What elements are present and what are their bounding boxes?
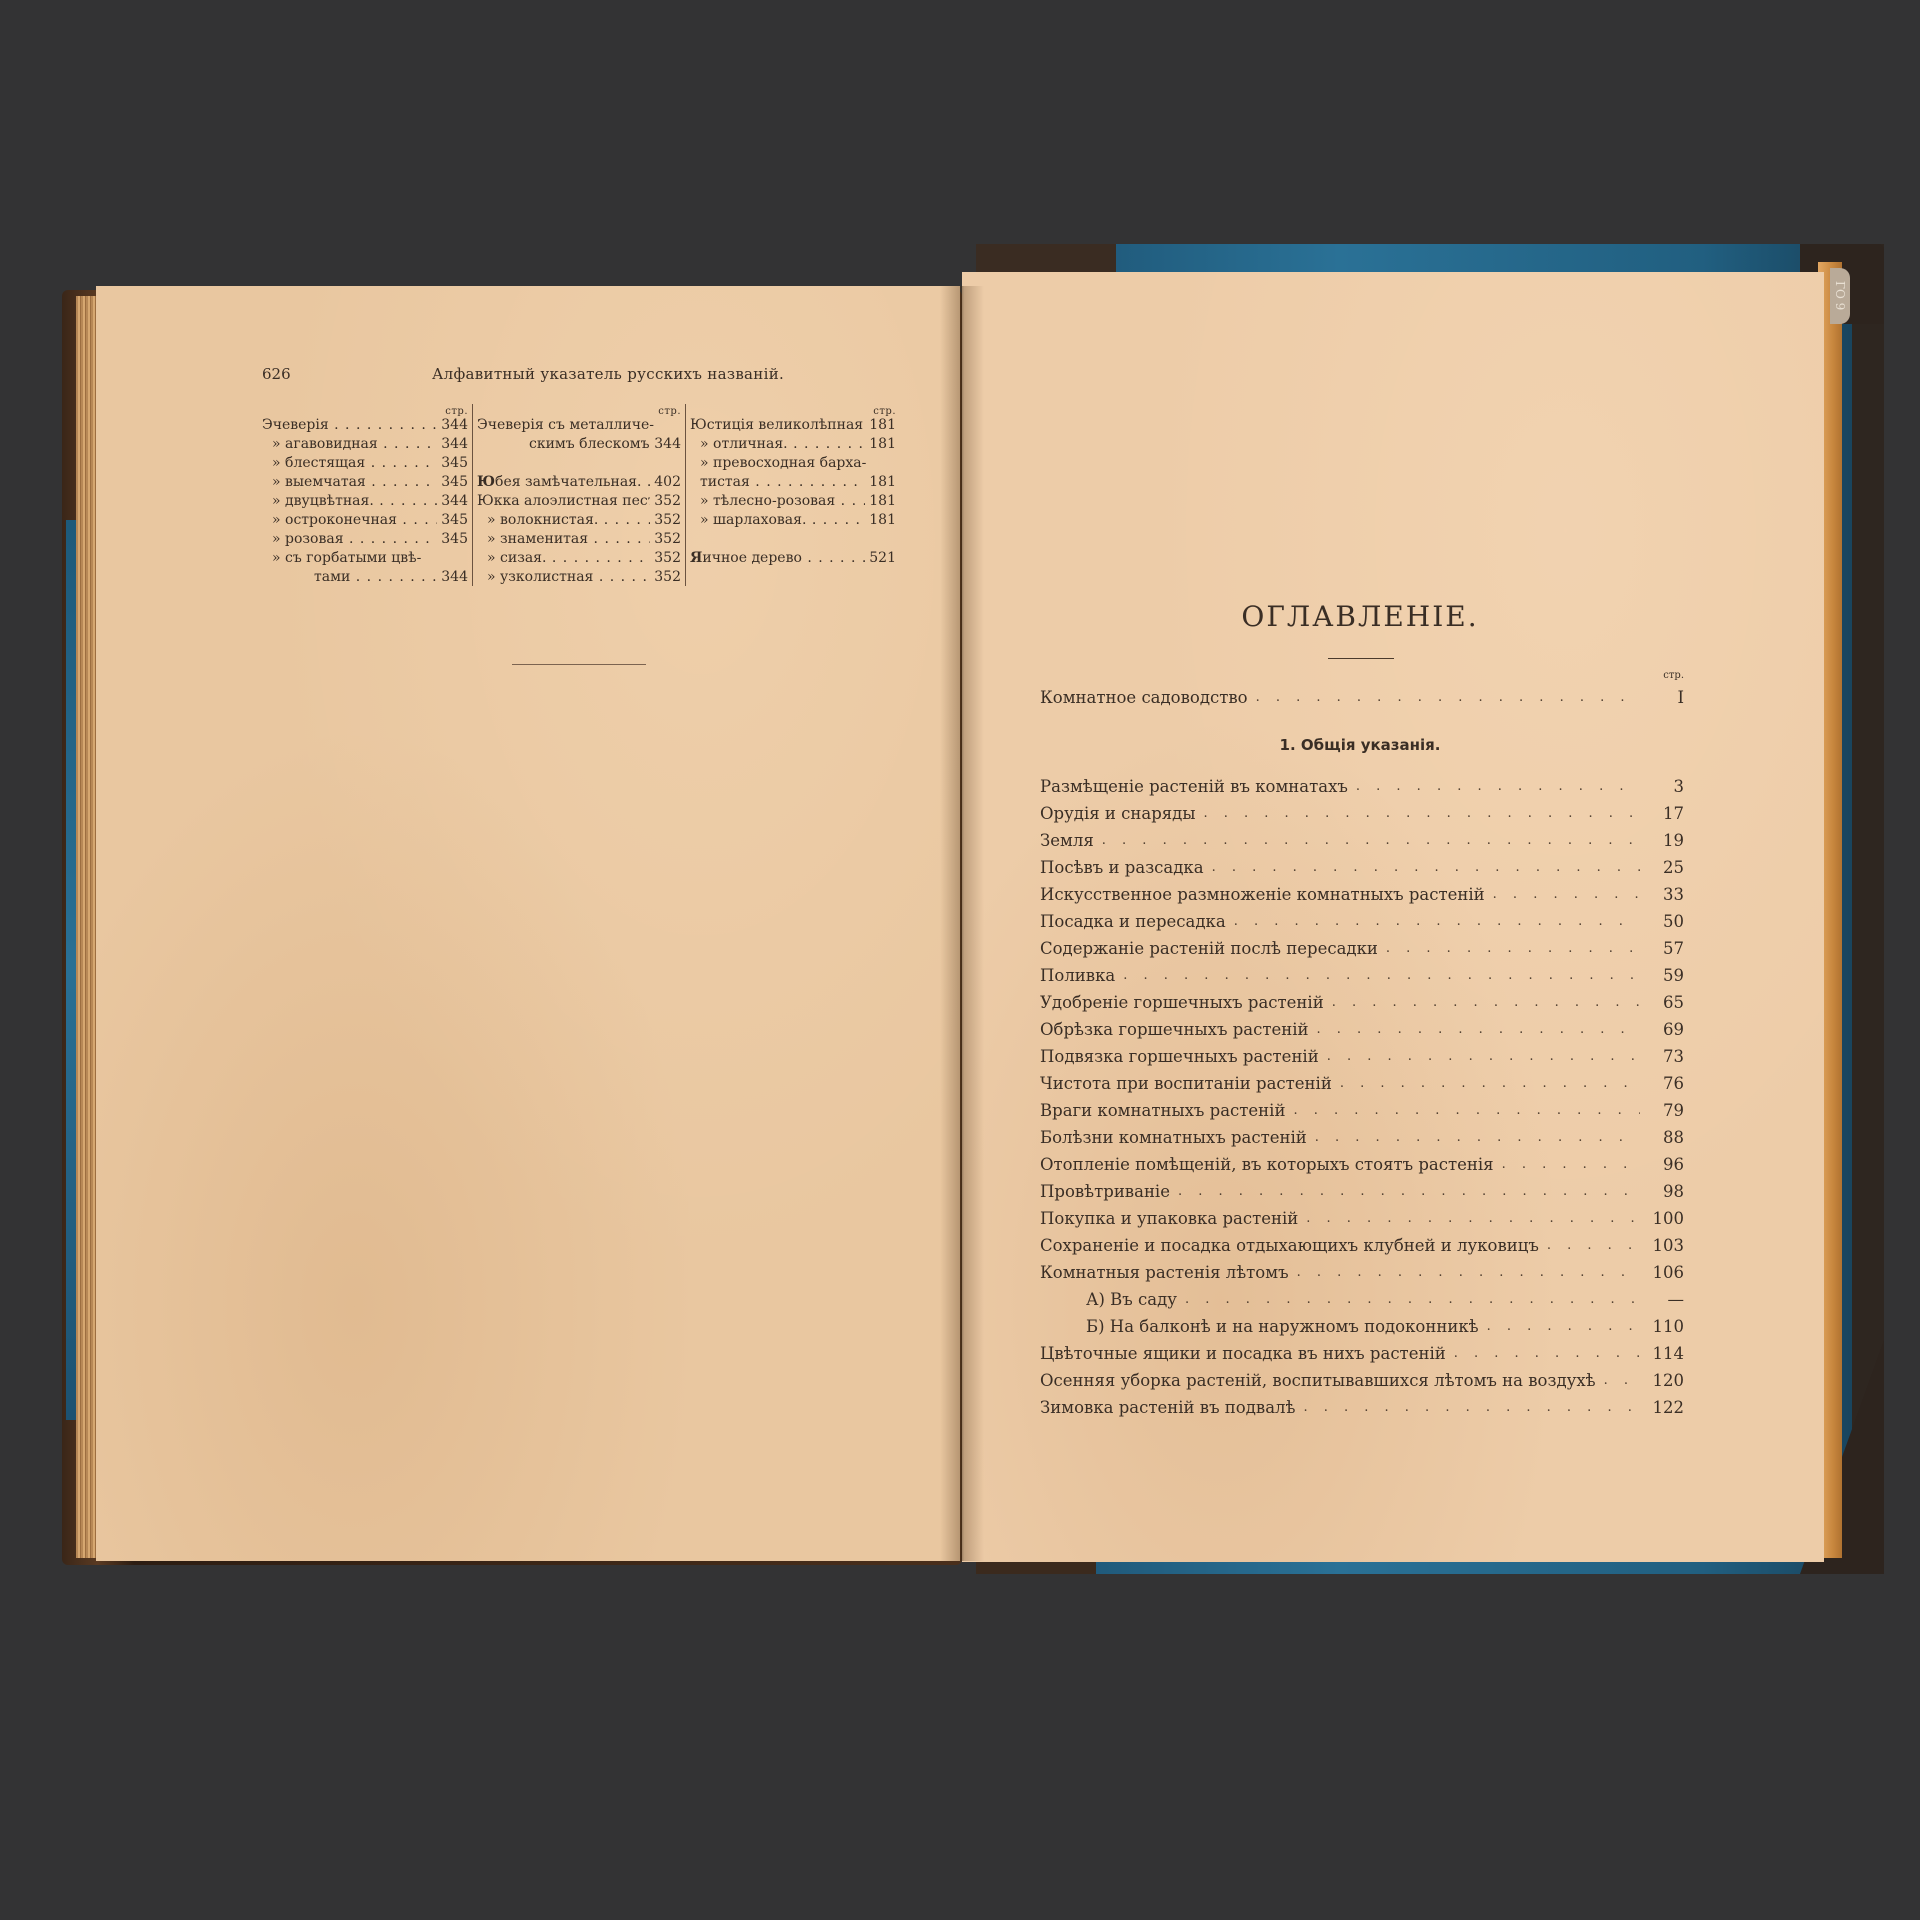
leader-dots [1123, 968, 1640, 983]
toc-row: Подвязка горшечныхъ растеній73 [1040, 1043, 1684, 1070]
index-entry-page: 344 [437, 568, 468, 587]
index-entry-page: 352 [650, 511, 681, 530]
index-entry-name: скимъ блескомъ [477, 435, 650, 454]
toc-row: Чистота при воспитаніи растеній76 [1040, 1070, 1684, 1097]
toc-entry-title: Комнатное садоводство [1040, 688, 1248, 707]
index-column-3: стр. Юстиція великолѣпная181» отличная.1… [690, 402, 896, 568]
toc-entry-page: 100 [1648, 1209, 1684, 1228]
page-number: 626 [262, 365, 291, 383]
toc-intro: Комнатное садоводство I [1040, 684, 1684, 711]
toc-entry-page: 50 [1648, 912, 1684, 931]
index-entry-page: 181 [865, 473, 896, 492]
toc-entry-title: Цвѣточные ящики и посадка въ нихъ растен… [1040, 1344, 1446, 1363]
index-entry-name: Юкка алоэлистная пестрая [477, 492, 650, 511]
index-entry: » двуцвѣтная.344 [262, 492, 468, 511]
toc-entry-page: 103 [1648, 1236, 1684, 1255]
index-entry: » блестящая345 [262, 454, 468, 473]
leader-dots [1386, 941, 1640, 956]
toc-entry-title: Осенняя уборка растеній, воспитывавшихся… [1040, 1371, 1596, 1390]
index-entry-page: 352 [650, 549, 681, 568]
toc-entry-page: 98 [1648, 1182, 1684, 1201]
leader-dots [1203, 806, 1640, 821]
toc-entry-title: Посѣвъ и разсадка [1040, 858, 1204, 877]
toc-row: Размѣщеніе растеній въ комнатахъ3 [1040, 773, 1684, 800]
index-entry-page: 181 [865, 511, 896, 530]
index-entry-name: » узколистная [477, 568, 650, 587]
leather-top-edge [976, 244, 1116, 274]
index-entry: » выемчатая345 [262, 473, 468, 492]
toc-entry-page: 69 [1648, 1020, 1684, 1039]
toc-title: ОГЛАВЛЕНІЕ. [1100, 600, 1620, 633]
index-entry-name: » блестящая [262, 454, 437, 473]
toc-entry-page: 122 [1648, 1398, 1684, 1417]
column-divider [472, 404, 473, 586]
toc-row: Болѣзни комнатныхъ растеній88 [1040, 1124, 1684, 1151]
index-entry-name: » знаменитая [477, 530, 650, 549]
toc-entry-page: 57 [1648, 939, 1684, 958]
index-entry: » тѣлесно-розовая181 [690, 492, 896, 511]
index-entry-name: » розовая [262, 530, 437, 549]
index-entry-name: » агавовидная [262, 435, 437, 454]
toc-entry-page: 96 [1648, 1155, 1684, 1174]
index-entry: » отличная.181 [690, 435, 896, 454]
toc-row: Б) На балконѣ и на наружномъ подоконникѣ… [1040, 1313, 1684, 1340]
index-entry: » розовая345 [262, 530, 468, 549]
toc-entry-title: Обрѣзка горшечныхъ растеній [1040, 1020, 1309, 1039]
index-entry-name: » двуцвѣтная. [262, 492, 437, 511]
blank-line [477, 454, 681, 473]
index-entry-page: 352 [650, 530, 681, 549]
leader-dots [1185, 1292, 1640, 1307]
index-entry: » шарлаховая.181 [690, 511, 896, 530]
left-page-block-edge [76, 296, 98, 1558]
index-entry-page: 345 [437, 454, 468, 473]
leader-dots [1315, 1130, 1640, 1145]
index-entry: » агавовидная344 [262, 435, 468, 454]
leader-dots [1340, 1076, 1640, 1091]
toc-entry-title: Земля [1040, 831, 1094, 850]
toc-entry-title: А) Въ саду [1086, 1290, 1177, 1309]
toc-entry-title: Сохраненіе и посадка отдыхающихъ клубней… [1040, 1236, 1539, 1255]
toc-entry-title: Зимовка растеній въ подвалѣ [1040, 1398, 1295, 1417]
toc-row: Зимовка растеній въ подвалѣ122 [1040, 1394, 1684, 1421]
toc-row: Посѣвъ и разсадка25 [1040, 854, 1684, 881]
toc-entry-page: 73 [1648, 1047, 1684, 1066]
leader-dots [1297, 1265, 1640, 1280]
index-entry-page: 521 [865, 549, 896, 568]
leader-dots [1493, 887, 1640, 902]
toc-entry-title: Чистота при воспитаніи растеній [1040, 1074, 1332, 1093]
toc-entry-page: 79 [1648, 1101, 1684, 1120]
toc-entry-page: I [1648, 688, 1684, 707]
index-entry-name: » тѣлесно-розовая [690, 492, 865, 511]
leader-dots [1178, 1184, 1640, 1199]
index-entry-name: Юстиція великолѣпная [690, 416, 865, 435]
index-entry: Юбея замѣчательная.402 [477, 473, 681, 492]
toc-row: Комнатное садоводство I [1040, 684, 1684, 711]
column-divider [685, 404, 686, 586]
toc-entry-title: Отопленіе помѣщеній, въ которыхъ стоятъ … [1040, 1155, 1494, 1174]
index-entry: Яичное дерево521 [690, 549, 896, 568]
toc-entry-title: Провѣтриваніе [1040, 1182, 1170, 1201]
toc-entry-title: Болѣзни комнатныхъ растеній [1040, 1128, 1307, 1147]
index-entry-page: 344 [650, 435, 681, 454]
leader-dots [1234, 914, 1640, 929]
leader-dots [1487, 1319, 1640, 1334]
toc-row: Искусственное размноженіе комнатныхъ рас… [1040, 881, 1684, 908]
index-entry-page: 352 [650, 492, 681, 511]
index-entry: скимъ блескомъ344 [477, 435, 681, 454]
leader-dots [1332, 995, 1640, 1010]
open-book: ГО 9 626 Алфавитный указатель русскихъ н… [0, 0, 1920, 1920]
index-entry-name: » волокнистая. [477, 511, 650, 530]
toc-row: Посадка и пересадка50 [1040, 908, 1684, 935]
page-label: стр. [477, 402, 681, 416]
index-entry-page: 345 [437, 473, 468, 492]
index-entry: Юстиція великолѣпная181 [690, 416, 896, 435]
toc-row: Отопленіе помѣщеній, въ которыхъ стоятъ … [1040, 1151, 1684, 1178]
title-rule [1328, 658, 1394, 659]
toc-entry-title: Удобреніе горшечныхъ растеній [1040, 993, 1324, 1012]
toc-row: Провѣтриваніе98 [1040, 1178, 1684, 1205]
index-entry-name: Юбея замѣчательная. [477, 473, 650, 492]
toc-row: А) Въ саду— [1040, 1286, 1684, 1313]
leader-dots [1547, 1238, 1640, 1253]
toc-entry-page: 88 [1648, 1128, 1684, 1147]
toc-entry-title: Покупка и упаковка растеній [1040, 1209, 1298, 1228]
index-entry: Эчеверія съ металличе- [477, 416, 681, 435]
toc-row: Орудія и снаряды17 [1040, 800, 1684, 827]
toc-row: Поливка59 [1040, 962, 1684, 989]
toc-entry-title: Искусственное размноженіе комнатныхъ рас… [1040, 885, 1485, 904]
end-rule [512, 664, 646, 665]
index-entry: » знаменитая352 [477, 530, 681, 549]
toc-entry-title: Орудія и снаряды [1040, 804, 1195, 823]
index-entry: » превосходная барха- [690, 454, 896, 473]
toc-entry-page: — [1648, 1290, 1684, 1309]
index-entry-page: 344 [437, 416, 468, 435]
index-entry-page [464, 549, 468, 568]
toc-entry-page: 17 [1648, 804, 1684, 823]
toc-entry-page: 110 [1648, 1317, 1684, 1336]
leader-dots [1303, 1400, 1640, 1415]
leader-dots [1327, 1049, 1640, 1064]
leader-dots [1256, 690, 1640, 705]
toc-entry-page: 3 [1648, 777, 1684, 796]
index-entry-page [677, 416, 681, 435]
toc-row: Земля19 [1040, 827, 1684, 854]
index-entry: » волокнистая.352 [477, 511, 681, 530]
index-entry: тистая181 [690, 473, 896, 492]
index-entry-name: » съ горбатыми цвѣ- [262, 549, 421, 568]
index-entry-page: 345 [437, 511, 468, 530]
index-entry-name: тами [262, 568, 437, 587]
toc-entry-page: 19 [1648, 831, 1684, 850]
index-entry: » узколистная352 [477, 568, 681, 587]
page-label: стр. [262, 402, 468, 416]
index-entry-page: 181 [865, 492, 896, 511]
toc-row: Цвѣточные ящики и посадка въ нихъ растен… [1040, 1340, 1684, 1367]
index-entry: » остроконечная345 [262, 511, 468, 530]
index-entry-name: тистая [690, 473, 865, 492]
toc-row: Покупка и упаковка растеній100 [1040, 1205, 1684, 1232]
gutter [940, 286, 984, 1561]
toc-entry-title: Враги комнатныхъ растеній [1040, 1101, 1285, 1120]
index-entry: тами344 [262, 568, 468, 587]
index-entry-name: » шарлаховая. [690, 511, 865, 530]
toc-row: Обрѣзка горшечныхъ растеній69 [1040, 1016, 1684, 1043]
index-entry-name: » остроконечная [262, 511, 437, 530]
toc-entry-page: 25 [1648, 858, 1684, 877]
toc-entry-title: Размѣщеніе растеній въ комнатахъ [1040, 777, 1348, 796]
index-entry-name: » сизая. [477, 549, 650, 568]
page-label: стр. [690, 402, 896, 416]
index-entry: Эчеверія344 [262, 416, 468, 435]
leader-dots [1604, 1373, 1640, 1388]
toc-entry-title: Содержаніе растеній послѣ пересадки [1040, 939, 1378, 958]
toc-entry-page: 106 [1648, 1263, 1684, 1282]
toc-entry-page: 76 [1648, 1074, 1684, 1093]
leader-dots [1306, 1211, 1640, 1226]
index-entry-page: 181 [865, 435, 896, 454]
toc-entry-title: Посадка и пересадка [1040, 912, 1226, 931]
leader-dots [1502, 1157, 1640, 1172]
index-entry: » сизая.352 [477, 549, 681, 568]
toc-row: Осенняя уборка растеній, воспитывавшихся… [1040, 1367, 1684, 1394]
index-entry: » съ горбатыми цвѣ- [262, 549, 468, 568]
index-entry-page: 345 [437, 530, 468, 549]
toc-entry-title: Комнатныя растенія лѣтомъ [1040, 1263, 1289, 1282]
index-entry-page: 352 [650, 568, 681, 587]
toc-entry-page: 65 [1648, 993, 1684, 1012]
index-entry: Юкка алоэлистная пестрая352 [477, 492, 681, 511]
index-entry-page: 402 [650, 473, 681, 492]
toc-entry-title: Б) На балконѣ и на наружномъ подоконникѣ [1086, 1317, 1479, 1336]
index-column-1: стр. Эчеверія344» агавовидная344» блестя… [262, 402, 468, 587]
leader-dots [1293, 1103, 1640, 1118]
blank-line [690, 530, 896, 549]
leader-dots [1454, 1346, 1640, 1361]
index-column-2: стр. Эчеверія съ металличе-скимъ блеском… [477, 402, 681, 587]
leader-dots [1102, 833, 1640, 848]
index-entry-name: Яичное дерево [690, 549, 865, 568]
index-entry-name: » превосходная барха- [690, 454, 866, 473]
toc-entry-page: 59 [1648, 966, 1684, 985]
leader-dots [1356, 779, 1640, 794]
toc-entry-page: 114 [1648, 1344, 1684, 1363]
index-entry-page: 344 [437, 435, 468, 454]
index-entry-name: Эчеверія [262, 416, 437, 435]
toc-list: Размѣщеніе растеній въ комнатахъ3Орудія … [1040, 773, 1684, 1421]
library-tab: ГО 9 [1830, 268, 1850, 324]
index-entry-page: 344 [437, 492, 468, 511]
toc-entry-page: 120 [1648, 1371, 1684, 1390]
toc-row: Удобреніе горшечныхъ растеній65 [1040, 989, 1684, 1016]
toc-entry-title: Подвязка горшечныхъ растеній [1040, 1047, 1319, 1066]
index-entry-name: » отличная. [690, 435, 865, 454]
index-entry-name: » выемчатая [262, 473, 437, 492]
toc-entry-page: 33 [1648, 885, 1684, 904]
index-entry-page: 181 [865, 416, 896, 435]
page-label: стр. [1640, 670, 1684, 681]
index-entry-name: Эчеверія съ металличе- [477, 416, 654, 435]
toc-row: Сохраненіе и посадка отдыхающихъ клубней… [1040, 1232, 1684, 1259]
index-entry-page [892, 454, 896, 473]
running-head: Алфавитный указатель русскихъ названій. [432, 365, 784, 383]
toc-entry-title: Поливка [1040, 966, 1115, 985]
toc-row: Комнатныя растенія лѣтомъ106 [1040, 1259, 1684, 1286]
toc-row: Содержаніе растеній послѣ пересадки57 [1040, 935, 1684, 962]
leader-dots [1317, 1022, 1640, 1037]
toc-row: Враги комнатныхъ растеній79 [1040, 1097, 1684, 1124]
section-heading: 1. Общія указанія. [1100, 736, 1620, 754]
leader-dots [1212, 860, 1640, 875]
